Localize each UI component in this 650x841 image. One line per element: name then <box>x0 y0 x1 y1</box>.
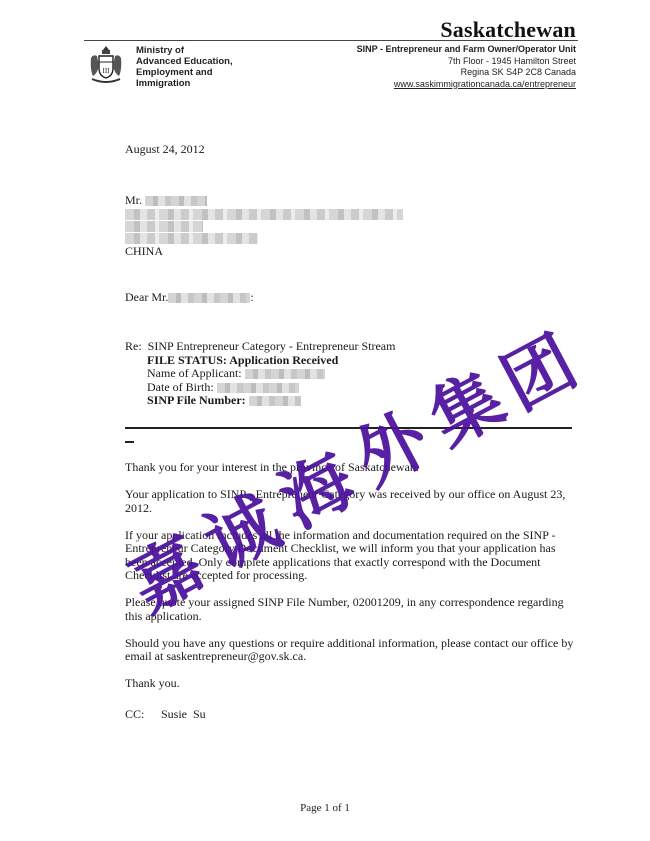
re-line: Re: SINP Entrepreneur Category - Entrepr… <box>125 340 585 354</box>
file-number-line: SINP File Number: <box>125 394 585 408</box>
address-street: 7th Floor - 1945 Hamilton Street <box>357 56 576 68</box>
recipient-country: CHINA <box>125 245 403 259</box>
ministry-line: Ministry of <box>136 45 233 56</box>
reference-block: Re: SINP Entrepreneur Category - Entrepr… <box>125 340 585 408</box>
section-divider <box>125 427 572 429</box>
recipient-title: Mr. <box>125 193 142 207</box>
applicant-line: Name of Applicant: <box>125 367 585 381</box>
letter-body: Thank you for your interest in the provi… <box>125 461 577 704</box>
unit-address-block: SINP - Entrepreneur and Farm Owner/Opera… <box>357 44 576 90</box>
body-paragraph: Your application to SINP - Entrepreneur … <box>125 488 577 515</box>
dob-line: Date of Birth: <box>125 381 585 395</box>
re-subject: SINP Entrepreneur Category - Entrepreneu… <box>148 339 396 353</box>
closing: Thank you. <box>125 677 577 691</box>
file-status-text: FILE STATUS: Application Received <box>147 353 338 367</box>
letter-date: August 24, 2012 <box>125 143 205 157</box>
unit-name: SINP - Entrepreneur and Farm Owner/Opera… <box>357 44 576 56</box>
website-link[interactable]: www.saskimmigrationcanada.ca/entrepreneu… <box>357 79 576 91</box>
svg-text:III: III <box>103 67 111 75</box>
redacted-file-number <box>249 396 301 406</box>
recipient-address: Mr. CHINA <box>125 194 403 258</box>
body-paragraph: Thank you for your interest in the provi… <box>125 461 577 475</box>
applicant-label: Name of Applicant: <box>147 366 242 380</box>
address-city: Regina SK S4P 2C8 Canada <box>357 67 576 79</box>
redacted-address-line <box>125 221 203 232</box>
redacted-recipient-name <box>145 196 207 206</box>
body-paragraph: Should you have any questions or require… <box>125 637 577 664</box>
salutation: Dear Mr.: <box>125 291 254 305</box>
coat-of-arms-icon: III <box>88 44 124 84</box>
body-paragraph: Please quote your assigned SINP File Num… <box>125 596 577 623</box>
redacted-salutation-name <box>168 293 250 303</box>
header-divider <box>84 40 578 41</box>
recipient-name-line: Mr. <box>125 194 403 208</box>
body-paragraph: If your application includes all the inf… <box>125 529 577 583</box>
dob-label: Date of Birth: <box>147 380 214 394</box>
page-indicator: Page 1 of 1 <box>0 802 650 814</box>
divider-dash <box>125 441 134 443</box>
salutation-prefix: Dear Mr. <box>125 290 168 304</box>
re-label: Re: <box>125 339 142 353</box>
ministry-line: Immigration <box>136 78 233 89</box>
ministry-line: Employment and <box>136 67 233 78</box>
cc-name: Susie Su <box>161 707 206 721</box>
ministry-name: Ministry of Advanced Education, Employme… <box>136 45 233 89</box>
file-status: FILE STATUS: Application Received <box>125 354 585 368</box>
salutation-suffix: : <box>250 290 253 304</box>
redacted-dob <box>217 383 299 393</box>
redacted-address-line <box>125 209 403 220</box>
file-number-label: SINP File Number: <box>147 393 246 407</box>
cc-label: CC: <box>125 708 161 722</box>
ministry-line: Advanced Education, <box>136 56 233 67</box>
cc-line: CC:Susie Su <box>125 708 206 722</box>
redacted-applicant-name <box>245 369 325 379</box>
redacted-address-line <box>125 233 258 244</box>
